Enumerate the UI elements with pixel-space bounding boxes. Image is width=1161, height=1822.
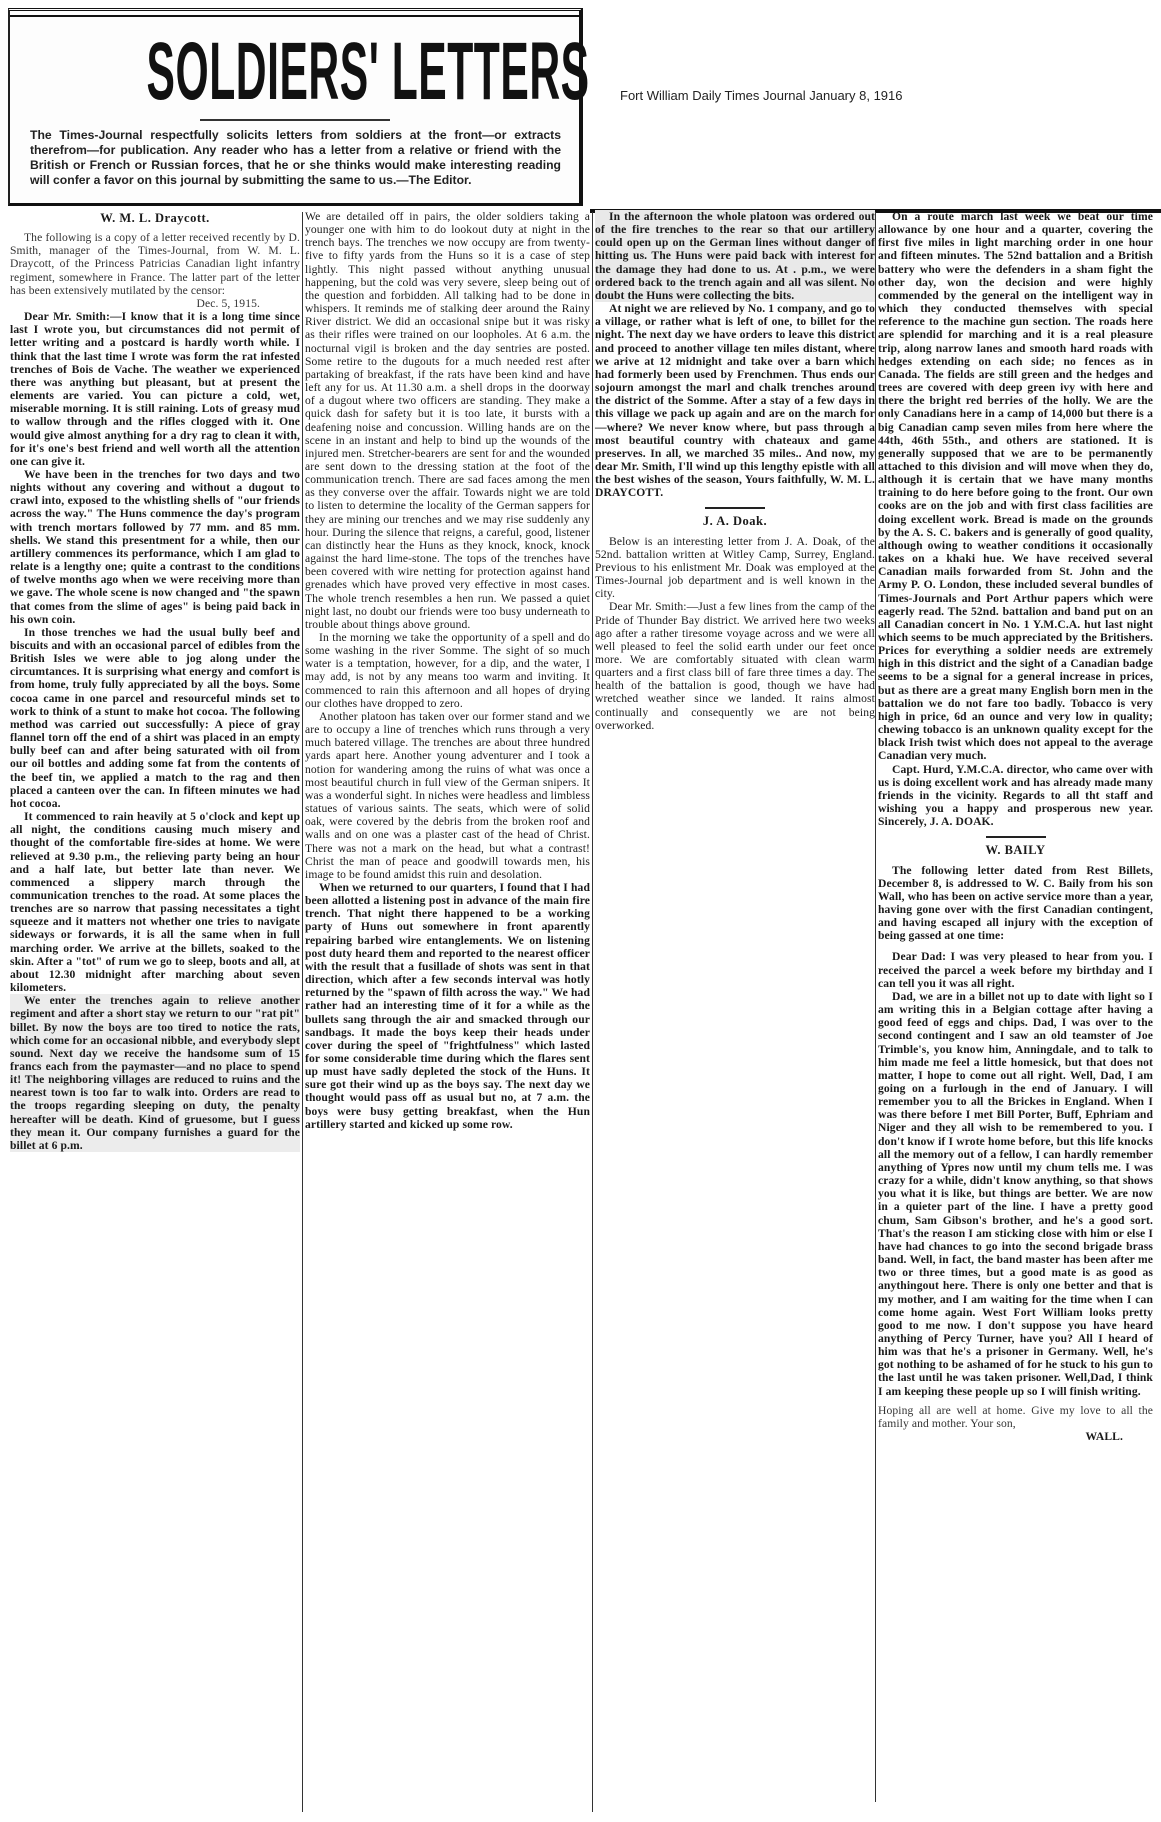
column-3: In the afternoon the whole platoon was o… [595,210,875,732]
article-divider [986,836,1046,838]
masthead-box: SOLDIERS' LETTERS The Times-Journal resp… [8,8,583,206]
letter-paragraph: Hoping all are well at home. Give my lov… [878,1404,1153,1430]
column-1: W. M. L. Draycott. The following is a co… [10,208,300,1152]
letter-paragraph: Dear Mr. Smith:—I know that it is a long… [10,310,300,468]
letter-paragraph: In those trenches we had the usual bully… [10,626,300,810]
letter-paragraph: We enter the trenches again to relieve a… [10,994,300,1152]
letter-paragraph: When we returned to our quarters, I foun… [305,881,590,1131]
letter-heading-baily: W. BAILY [878,844,1153,857]
letter-paragraph: Capt. Hurd, Y.M.C.A. director, who came … [878,763,1153,829]
letter-paragraph: Dear Mr. Smith:—Just a few lines from th… [595,600,875,732]
letter-paragraph: We have been in the trenches for two day… [10,468,300,626]
column-4: On a route march last week we beat our t… [878,210,1153,1443]
letter-paragraph: In the morning we take the opportunity o… [305,631,590,710]
letter-paragraph: We are detailed off in pairs, the older … [305,210,590,631]
column-2: We are detailed off in pairs, the older … [305,210,590,1131]
column-rule [302,212,303,1812]
editor-notice: The Times-Journal respectfully solicits … [30,128,561,188]
letter-paragraph: It commenced to rain heavily at 5 o'cloc… [10,810,300,994]
letter-paragraph: Another platoon has taken over our forme… [305,710,590,881]
letter-intro: The following letter dated from Rest Bil… [878,864,1153,943]
letter-intro: Below is an interesting letter from J. A… [595,535,875,601]
letter-intro: The following is a copy of a letter rece… [10,231,300,297]
column-rule [875,212,876,1802]
column-rule [592,212,593,1812]
letter-heading-draycott: W. M. L. Draycott. [10,212,300,225]
article-divider [705,507,765,509]
letter-heading-doak: J. A. Doak. [595,515,875,528]
page-title: SOLDIERS' LETTERS [147,31,443,113]
letter-paragraph: At night we are relieved by No. 1 compan… [595,302,875,499]
letter-paragraph: In the afternoon the whole platoon was o… [595,210,875,302]
source-caption: Fort William Daily Times Journal January… [620,88,903,103]
title-rule [200,119,390,121]
letter-signature: WALL. [878,1430,1153,1443]
letter-paragraph: Dad, we are in a billet not up to date w… [878,990,1153,1398]
letter-date: Dec. 5, 1915. [10,297,300,310]
letter-paragraph: Dear Dad: I was very pleased to hear fro… [878,950,1153,989]
letter-paragraph: On a route march last week we beat our t… [878,210,1153,763]
